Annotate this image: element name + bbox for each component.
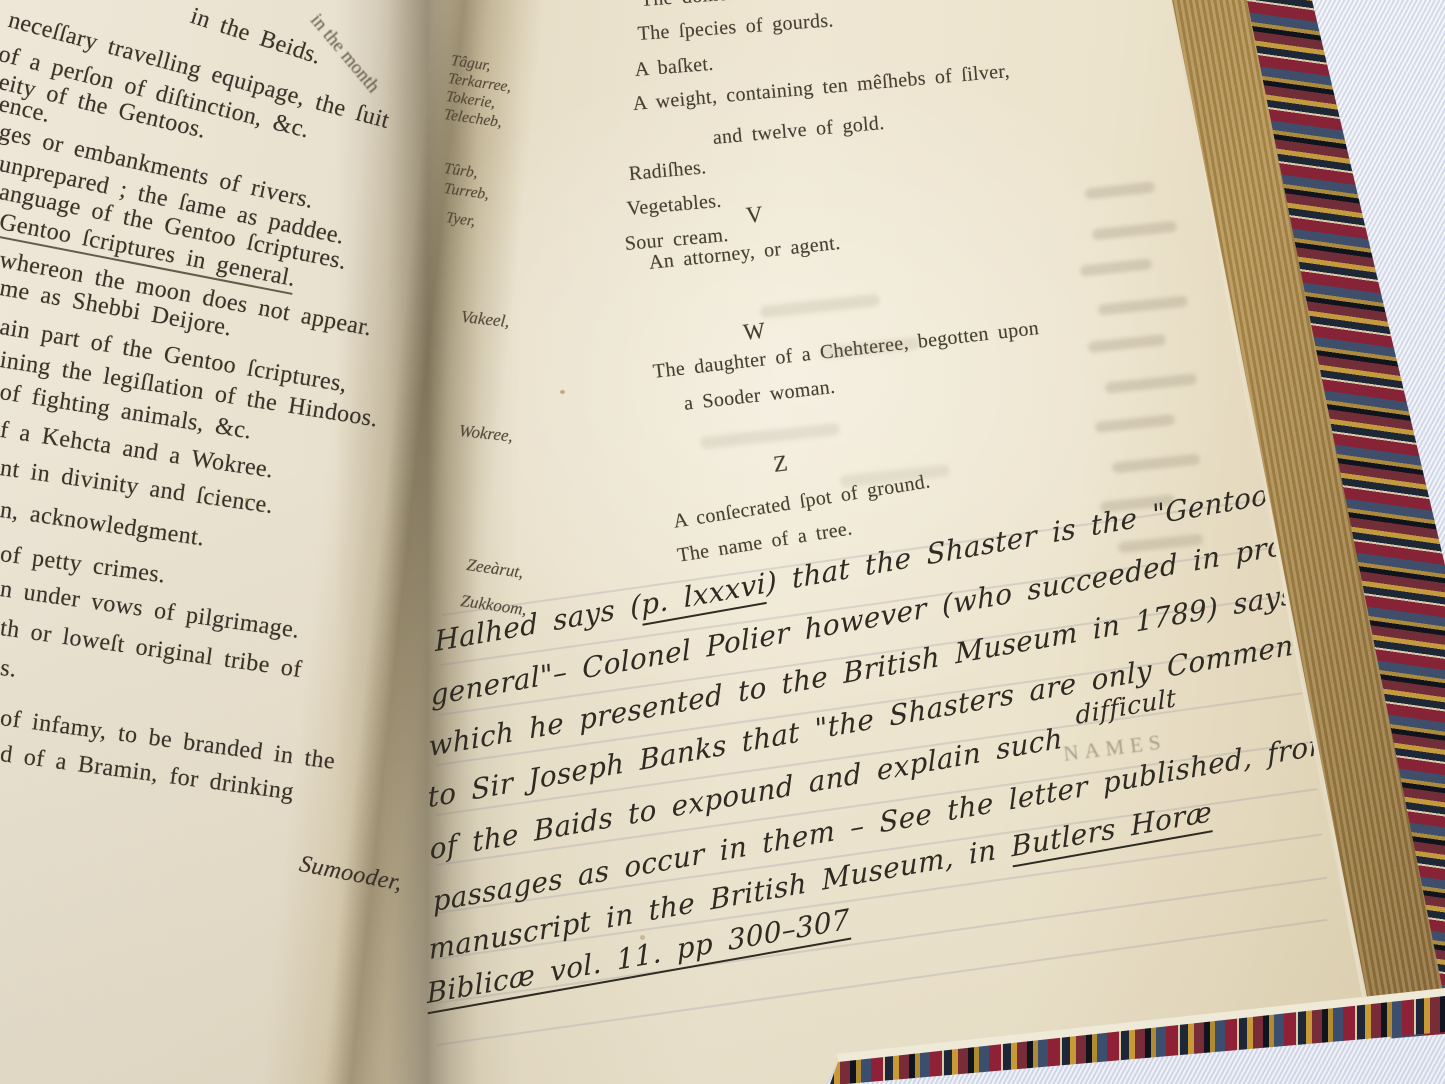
definition-line: Radiſhes.: [628, 157, 707, 184]
show-through-smudge: [1098, 295, 1189, 315]
foxing-speck: [245, 498, 249, 502]
photo-of-open-book: in the Beids. neceſſary travelling equip…: [0, 0, 1445, 1084]
underlined-reference: p. lxxxvi: [640, 567, 766, 626]
show-through-smudge: [1080, 258, 1153, 276]
glossary-term: Vakeel,: [460, 308, 510, 330]
show-through-smudge: [1112, 453, 1201, 473]
section-heading-z: Z: [772, 450, 790, 478]
foxing-speck: [560, 390, 565, 394]
show-through-smudge: [1092, 221, 1178, 241]
left-page-line: n, acknowledgment.: [0, 498, 206, 550]
show-through-smudge: [1095, 414, 1176, 433]
definition-line: A baſket.: [634, 54, 714, 80]
foxing-speck: [640, 935, 645, 940]
show-through-smudge: [700, 423, 840, 450]
definition-line: Vegetables.: [626, 191, 722, 219]
left-page-line: s.: [0, 656, 18, 682]
definition-line: The ſpecies of gourds.: [637, 10, 834, 44]
definition-line: The domeſtic idol: [640, 0, 796, 10]
glossary-term: Tyer,: [445, 210, 476, 229]
show-through-smudge: [1088, 334, 1167, 353]
show-through-smudge: [1085, 181, 1156, 199]
section-heading-v: V: [745, 201, 765, 228]
show-through-smudge: [1105, 373, 1198, 394]
section-heading-w: W: [742, 318, 767, 346]
definition-line: a Sooder woman.: [683, 377, 836, 414]
show-through-smudge: [760, 294, 881, 318]
definition-line: and twelve of gold.: [712, 113, 885, 148]
